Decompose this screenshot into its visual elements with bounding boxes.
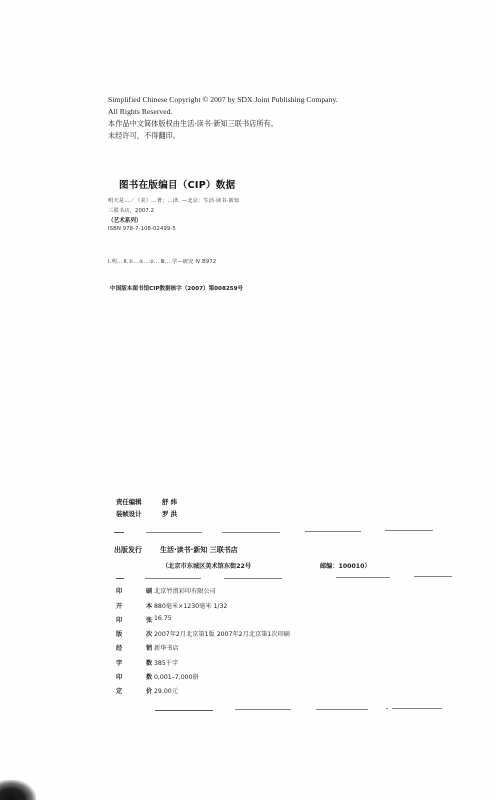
cip-entry-line-2: 三联书店，2007.2 (108, 206, 154, 214)
divider-segment (385, 530, 433, 531)
divider-segment (146, 532, 202, 533)
cip-entry-line-1: 明天是…／（美）…著；…译. —北京：生活·读书·新知 (108, 196, 239, 204)
spec-key: 印 (116, 672, 122, 681)
spec-key: 定 (116, 686, 122, 695)
divider-segment (414, 576, 452, 577)
spec-key: 价 (146, 686, 152, 695)
divider-segment (155, 710, 213, 711)
spec-key: 经 (116, 643, 122, 652)
spec-key: 刷 (146, 586, 152, 595)
spec-key: 数 (146, 672, 152, 681)
spec-key: 次 (146, 629, 152, 638)
divider-segment (222, 532, 280, 533)
copyright-page: Simplified Chinese Copyright © 2007 by S… (0, 0, 492, 800)
spec-value: 880毫米×1230毫米 1/32 (154, 601, 227, 610)
spec-key: 印 (116, 615, 122, 624)
spec-key: 印 (116, 586, 122, 595)
spec-value: 29.00元 (154, 686, 178, 695)
divider-segment (316, 709, 368, 710)
publisher-name: 生活·读书·新知 三联书店 (160, 545, 238, 555)
designer-name: 罗 洪 (162, 509, 177, 518)
spec-value: 385千字 (154, 658, 178, 667)
spec-value: 北京竹浪彩印有限公司 (154, 586, 216, 595)
no-reprint-line: 未经许可，不得翻印。 (108, 131, 180, 141)
divider-dash (116, 578, 124, 579)
publisher-label: 出版发行 (114, 545, 142, 555)
spec-value: 2007年2月北京第1版 2007年2月北京第1次印刷 (154, 629, 290, 638)
spec-key: 本 (146, 601, 152, 610)
spec-value: 新华书店 (154, 643, 179, 652)
spec-key: 版 (116, 629, 122, 638)
scan-smudge (0, 780, 36, 800)
spec-key: 张 (146, 615, 152, 624)
publisher-postcode: 邮编：100010） (320, 561, 371, 570)
spec-key: 销 (146, 643, 152, 652)
divider-segment (305, 531, 361, 532)
cip-classification: Ⅰ.明… Ⅱ.①…②…③… Ⅲ.…学—研究 Ⅳ.B972 (108, 257, 216, 265)
spec-value: 16.75 (154, 615, 172, 622)
editor-name: 舒 炜 (162, 497, 177, 506)
copyright-line-english: Simplified Chinese Copyright © 2007 by S… (108, 95, 338, 104)
cip-title: 图书在版编目（CIP）数据 (119, 177, 235, 191)
publisher-address: （北京市东城区美术馆东街22号 (162, 561, 251, 570)
divider-dot (386, 708, 388, 709)
rights-reserved-line: All Rights Reserved. (108, 107, 173, 116)
divider-segment (224, 578, 282, 579)
divider-segment (235, 709, 291, 710)
cip-isbn: ISBN 978-7-108-02499-5 (108, 226, 176, 232)
spec-key: 开 (116, 601, 122, 610)
editor-label: 责任编辑 (116, 497, 142, 506)
designer-label: 装帧设计 (116, 509, 142, 518)
copyright-line-chinese: 本作品中文简体版权由生活·读书·新知三联书店所有。 (108, 119, 278, 129)
spec-value: 0,001–7,000册 (154, 672, 199, 681)
cip-number: 中国版本图书馆CIP数据核字（2007）第008259号 (110, 284, 243, 292)
spec-key: 字 (116, 658, 122, 667)
divider-segment (336, 577, 390, 578)
cip-series: （艺术系列） (108, 216, 142, 224)
spec-key: 数 (146, 658, 152, 667)
divider-segment (392, 708, 442, 709)
divider-dash (114, 532, 124, 533)
divider-segment (145, 578, 201, 579)
